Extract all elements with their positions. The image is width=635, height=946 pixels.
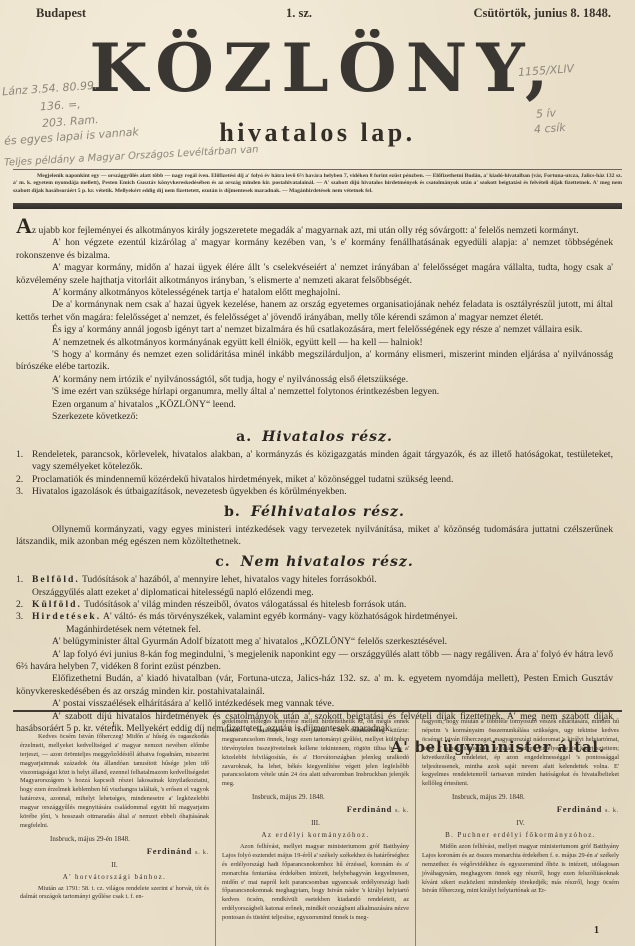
paragraph: A' magyar kormány, midőn a' hazai ügyek … (16, 262, 613, 287)
proclamation-intro: Az ujabb kor fejleményei és alkotmányos … (16, 220, 613, 237)
list-item: 2.Proclamatiók és mindennemű közérdekű h… (16, 474, 613, 486)
decree-number: II. (20, 861, 209, 870)
column-3: hagyom, hogy miután a' többféle tornyosu… (415, 718, 619, 946)
header-place: Budapest (36, 6, 86, 21)
closing-paragraph: A' lap folyó évi junius 8-kán fog megind… (16, 649, 613, 674)
decree-signature: Ferdinánd s. k. (422, 805, 619, 816)
section-unofficial-list: 1.Belföld. Tudósítások a' hazából, a' me… (16, 574, 613, 636)
decree-text: gedelmem előleges kinyerése mellett hird… (222, 718, 409, 789)
paragraph: 'S hogy a' kormány és nemzet ezen solidá… (16, 349, 613, 374)
decree-dateline: Insbruck, május 29. 1848. (422, 793, 619, 802)
paragraph: Szerkezete következő: (16, 411, 613, 423)
section-heading-official: a.Hivatalos rész. (16, 431, 613, 443)
pencil-note-left-2: 136. =, (40, 98, 82, 114)
drop-cap: A (16, 213, 32, 238)
header-date: Csütörtök, junius 8. 1848. (473, 6, 611, 21)
pencil-note-right-3: 4 csík (534, 121, 567, 136)
list-item: 3.Hivatalos igazolások és útbaigazítások… (16, 486, 613, 498)
decree-columns: I. Kedves öcsém István főherczeg! Midőn … (20, 718, 619, 946)
paragraph: De a' kormánynak nem csak a' hazai ügyek… (16, 299, 613, 324)
decree-signature: Ferdinánd s. k. (20, 847, 209, 858)
proclamation: Az ujabb kor fejleményei és alkotmányos … (16, 220, 613, 755)
decree-text: Miután az 1791: 58. t. cz. világos rende… (20, 885, 209, 903)
paragraph: Ezen organum a' hivatalos „KÖZLÖNY“ leen… (16, 399, 613, 411)
list-item-note: Országgyűlés alatt ezeket a' diplomatica… (16, 587, 613, 599)
decree-signature: Ferdinánd s. k. (222, 805, 409, 816)
section-semi-official-body: Ollynemű kormányzati, vagy egyes ministe… (16, 524, 613, 549)
decree-text: Kedves öcsém István főherczeg! Midőn a' … (20, 733, 209, 831)
decree-dateline: Insbruck, május 29-én 1848. (20, 835, 209, 844)
list-item: 1.Belföld. Tudósítások a' hazából, a' me… (16, 574, 613, 586)
newspaper-title: KÖZLÖNY, (89, 30, 557, 106)
list-item: 3.Hirdetések. A' váltó- és más törvénysz… (16, 611, 613, 623)
masthead-rule (13, 203, 622, 209)
decree-addressee: A' horvátországi bánhoz. (20, 873, 209, 882)
closing-paragraph: A' postai visszaélések elhárítására a' k… (16, 698, 613, 710)
closing-paragraph: A' belügyminister által Gyurmán Adolf bí… (16, 636, 613, 648)
decree-number: III. (222, 819, 409, 828)
header-issue-number: 1. sz. (286, 6, 312, 21)
newspaper-page: Budapest 1. sz. Csütörtök, junius 8. 184… (0, 0, 635, 946)
section-rule (13, 710, 622, 712)
paragraph: A' nemzetnek és alkotmányos kormányának … (16, 337, 613, 349)
decree-text: hagyom, hogy miután a' többféle tornyosu… (422, 718, 619, 789)
paragraph: A' kormány alkotmányos kötelességének ta… (16, 287, 613, 299)
subscription-info: Megjelenik naponkint egy — országgyűlés … (13, 169, 622, 195)
section-heading-semi-official: b.Félhivatalos rész. (16, 506, 613, 518)
paragraph: És igy a' kormány annál jogosb igényt ta… (16, 324, 613, 336)
list-item: 2.Külföld. Tudósítások a' világ minden r… (16, 599, 613, 611)
page-number: 1 (594, 925, 599, 936)
decree-addressee: Az erdélyi kormányzóhoz. (222, 831, 409, 840)
column-2: gedelmem előleges kinyerése mellett hird… (215, 718, 415, 946)
paragraph: A' hon végzete ezentúl kizárólag a' magy… (16, 237, 613, 262)
column-1: I. Kedves öcsém István főherczeg! Midőn … (20, 718, 215, 946)
section-official-list: 1.Rendeletek, parancsok, körlevelek, hiv… (16, 449, 613, 499)
list-item: 1.Rendeletek, parancsok, körlevelek, hiv… (16, 449, 613, 474)
paragraph: 'S ime ezért van szüksége hírlapi organu… (16, 386, 613, 398)
paragraph: A' kormány nem irtózik e' nyilvánosságtó… (16, 374, 613, 386)
decree-number: I. (20, 721, 209, 730)
decree-text: Azon felhívást, mellyet magyar ministeri… (222, 843, 409, 923)
decree-addressee: B. Puchner erdélyi főkormányzóhoz. (422, 831, 619, 840)
section-heading-unofficial: c.Nem hivatalos rész. (16, 556, 613, 568)
subscription-text: Megjelenik naponkint egy — országgyűlés … (13, 173, 622, 195)
header-line: Budapest 1. sz. Csütörtök, junius 8. 184… (36, 6, 611, 22)
list-item-note: Magánhirdetések nem vétetnek fel. (16, 624, 613, 636)
pencil-note-right-2: 5 ív (536, 106, 557, 120)
decree-dateline: Insbruck, május 29. 1848. (222, 793, 409, 802)
decree-number: IV. (422, 819, 619, 828)
decree-text: Midőn azon felhívást, mellyet magyar min… (422, 843, 619, 896)
closing-paragraph: Előfizethetni Budán, a' kiadó hivatalban… (16, 673, 613, 698)
